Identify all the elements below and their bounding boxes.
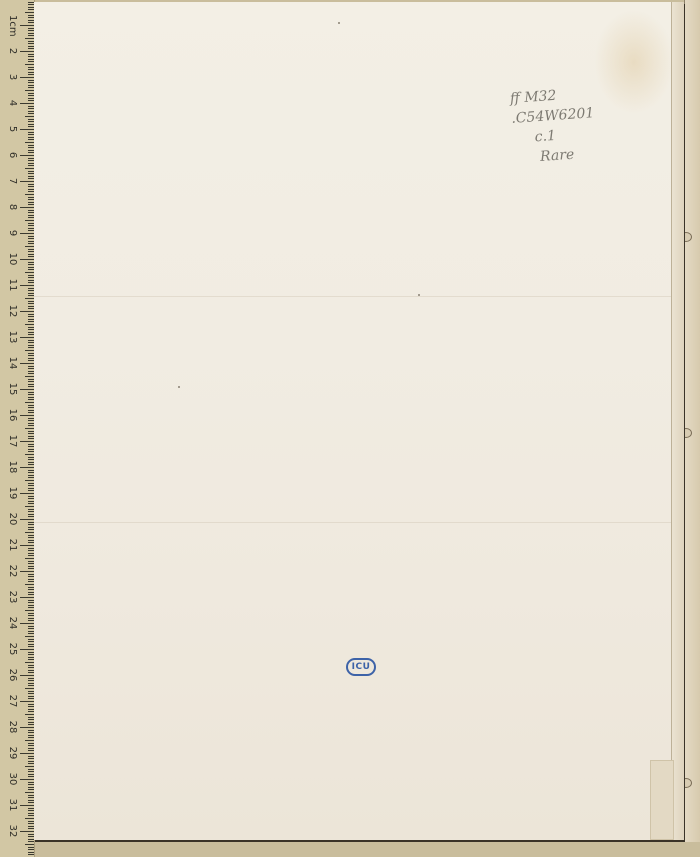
ruler-number: 8 [7,197,17,217]
ruler-tick [20,129,34,130]
paper-fold [34,296,672,297]
binding-spine [684,0,700,842]
ruler-number: 23 [7,587,17,607]
ruler-number: 22 [7,561,17,581]
ruler-tick [25,298,34,299]
library-stamp: ICU [346,658,376,676]
pencil-call-number: ff M32 .C54W6201 c.1 Rare [509,83,597,169]
ruler-tick [25,38,34,39]
ruler-tick [25,610,34,611]
ruler-tick [25,792,34,793]
page-edge [671,2,684,840]
ruler-tick [20,285,34,286]
ruler-number: 19 [7,483,17,503]
ruler-number: 5 [7,119,17,139]
ruler-tick [20,727,34,728]
ruler-tick [25,12,34,13]
ruler-number: 7 [7,171,17,191]
ruler-tick [20,597,34,598]
ruler-number: 31 [7,795,17,815]
ruler-tick [20,701,34,702]
ruler-tick [25,506,34,507]
ruler-number: 15 [7,379,17,399]
ruler-number: 24 [7,613,17,633]
ruler-tick [28,847,34,848]
ruler-tick [25,636,34,637]
paper-speck [418,294,420,296]
ruler-number: 30 [7,769,17,789]
ruler-tick [20,181,34,182]
ruler-tick [20,805,34,806]
ruler-tick [25,168,34,169]
ruler-number: 2 [7,41,17,61]
ruler-tick [20,103,34,104]
ruler-tick [28,854,34,855]
ruler-number: 25 [7,639,17,659]
ruler-tick [25,584,34,585]
ruler-number: 3 [7,67,17,87]
ruler-number: 13 [7,327,17,347]
ruler-tick [25,766,34,767]
paper-tab-strip [650,760,674,840]
ruler-tick [25,246,34,247]
ruler-number: 9 [7,223,17,243]
ruler-tick [20,545,34,546]
ruler-number: 11 [7,275,17,295]
ruler-tick [20,207,34,208]
ruler-tick [25,376,34,377]
ruler-tick [25,454,34,455]
ruler-tick [20,155,34,156]
measurement-ruler: 1cm2345678910111213141516171819202122232… [0,0,35,857]
ruler-number: 29 [7,743,17,763]
ruler-tick [25,688,34,689]
ruler-tick [20,441,34,442]
ruler-tick [25,90,34,91]
ruler-tick [25,818,34,819]
ruler-tick [25,714,34,715]
ruler-number: 20 [7,509,17,529]
ruler-number: 14 [7,353,17,373]
ruler-tick [20,753,34,754]
ruler-tick [25,350,34,351]
ruler-tick [20,675,34,676]
ruler-number: 12 [7,301,17,321]
ruler-tick [28,852,34,853]
ruler-number: 16 [7,405,17,425]
ruler-tick [20,77,34,78]
ruler-number: 6 [7,145,17,165]
ruler-tick [20,51,34,52]
ruler-tick [25,272,34,273]
ruler-tick [25,428,34,429]
ruler-number: 17 [7,431,17,451]
ruler-tick [25,194,34,195]
ruler-tick [20,363,34,364]
ruler-tick [25,740,34,741]
ruler-tick [28,841,34,842]
ruler-tick [20,779,34,780]
ruler-tick [25,532,34,533]
ruler-number: 21 [7,535,17,555]
ruler-tick [25,662,34,663]
ruler-tick [20,831,34,832]
ruler-tick [20,259,34,260]
ruler-tick [20,519,34,520]
ruler-tick [25,142,34,143]
paper-speck [338,22,340,24]
ruler-tick [20,311,34,312]
ruler-tick [20,649,34,650]
ruler-number: 27 [7,691,17,711]
ruler-tick [20,233,34,234]
ruler-tick [25,64,34,65]
ruler-number: 4 [7,93,17,113]
ruler-tick [25,402,34,403]
ruler-number: 26 [7,665,17,685]
ruler-tick [28,849,34,850]
ruler-tick [20,467,34,468]
ruler-tick [20,389,34,390]
ruler-tick [20,415,34,416]
ruler-tick [20,623,34,624]
ruler-number: 10 [7,249,17,269]
ruler-tick [25,558,34,559]
ruler-number: 32 [7,821,17,841]
ruler-tick [25,480,34,481]
ruler-tick [25,844,34,845]
ruler-tick [20,337,34,338]
ruler-number: 28 [7,717,17,737]
ruler-tick [20,25,34,26]
paper-speck [178,386,180,388]
ruler-tick [25,220,34,221]
ruler-tick [25,116,34,117]
ruler-number: 18 [7,457,17,477]
paper-fold [34,522,672,523]
ruler-tick [20,571,34,572]
ruler-number: 1cm [7,15,17,35]
ruler-tick [20,493,34,494]
ruler-tick [25,324,34,325]
